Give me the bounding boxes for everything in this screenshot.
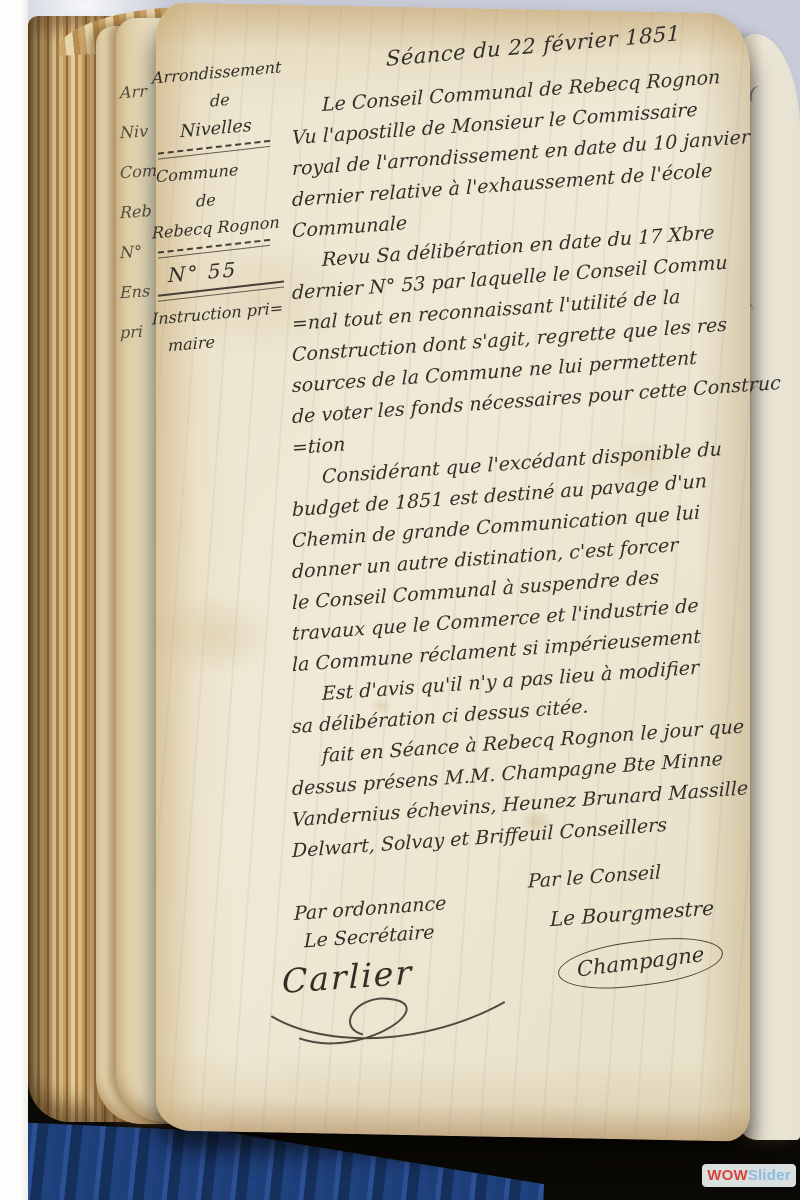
margin-group: ArrondissementdeNivelles [152, 51, 304, 158]
wowslider-watermark[interactable]: WOWSlider [702, 1164, 796, 1187]
deliberation-body-lines: Le Conseil Communal de Rebecq RognonVu l… [292, 60, 754, 867]
margin-group: N° 55 [152, 249, 304, 300]
photo-of-register-page: ArrNivComRebN°Enspri Séance du 22 févrie… [0, 0, 800, 1200]
by-order-label: Par ordonnance [294, 892, 446, 925]
margin-group: Instruction pri=maire [152, 292, 304, 361]
margin-annotations-column: ArrondissementdeNivellesCommunedeRebecq … [152, 51, 304, 366]
closing-signature-block: Par le Conseil Par ordonnance Le Bourgme… [292, 835, 754, 1077]
mayor-signature: Champagne [558, 935, 723, 992]
mayor-role-label: Le Bourgmestre [550, 896, 714, 931]
by-council-label: Par le Conseil [528, 861, 661, 892]
margin-group: CommunedeRebecq Rognon [152, 150, 304, 257]
deliberation-text: Le Conseil Communal de Rebecq RognonVu l… [292, 60, 754, 1077]
secretary-role-label: Le Secrétaire [304, 921, 435, 952]
photo-border-strip [0, 0, 28, 1200]
watermark-slider-text: Slider [748, 1167, 791, 1184]
signature-oval: Champagne [557, 931, 725, 996]
watermark-wow-text: WOW [707, 1167, 748, 1184]
